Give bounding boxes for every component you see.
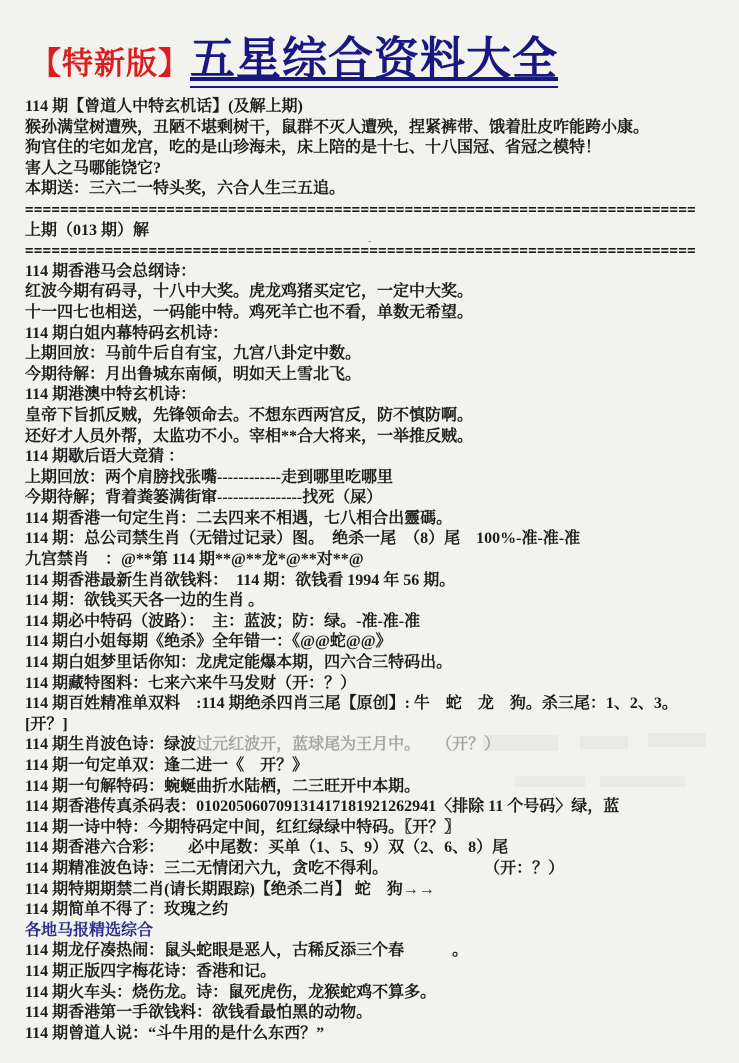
text-line: 114 期藏特图料：七来六来牛马发财（开：？） [25, 674, 735, 695]
text-line: [开？] [25, 715, 735, 736]
text-line: 114 期精准波色诗：三二无情闭六九，贪吃不得利。 （开：？） [25, 859, 735, 880]
text-line: 114 期简单不得了：玫瑰之约 [25, 900, 735, 921]
text-line: 114 期：总公司禁生肖（无错过记录）图。 绝杀一尾 （8）尾 100%-准-准… [25, 529, 735, 550]
text-line: 114 期曾道人说：“斗牛用的是什么东西？” [25, 1024, 735, 1045]
text-line: 猴孙满堂树遭殃，丑陋不堪剩树干，鼠群不灭人遭殃，捏紧裤带、饿着肚皮咋能跨小康。 [25, 118, 735, 139]
page-header: 【特新版】五星综合资料大全 [30, 22, 558, 87]
text-line: 十一四七也相送，一码能中特。鸡死羊亡也不看，单数无希望。 [25, 303, 735, 324]
text-line: 114 期必中特码（波路）： 主：蓝波；防：绿。-准-准-准 [25, 612, 735, 633]
page-title: 五星综合资料大全 [190, 34, 558, 88]
text-line: 114 期香港最新生肖欲钱料： 114 期：欲钱看 1994 年 56 期。 [25, 571, 735, 592]
text-line: 本期送：三六二一特头奖，六合人生三五追。 [25, 179, 735, 200]
text-line: 狗官住的宅如龙宫，吃的是山珍海未，床上陪的是十七、十八国冠、省冠之模特！ [25, 138, 735, 159]
text-line: 114 期香港一句定生肖：二去四来不相遇，七八相合出靈碼。 [25, 509, 735, 530]
faded-text-segment: （开？） [412, 736, 500, 753]
text-line: 上期（013 期）解 [25, 221, 735, 242]
text-line: 114 期一句解特码：蜿蜒曲折水陆栖，二三旺开中本期。 [25, 777, 735, 798]
text-line: 114 期香港传真杀码表：010205060709131417181921262… [25, 797, 735, 818]
document-lines: 114 期【曾道人中特玄机话】(及解上期)猴孙满堂树遭殃，丑陋不堪剩树干，鼠群不… [25, 97, 735, 1044]
edition-badge: 【特新版】 [30, 46, 190, 81]
separator-line: ========================================… [25, 200, 735, 221]
faded-text-segment: 过元红波开，蓝球尾为王月中。 [196, 736, 412, 753]
text-line: 114 期一诗中特：今期特码定中间，红红绿绿中特码。〖开？〗 [25, 818, 735, 839]
text-line: 114 期百姓精准单双料 :114 期绝杀四肖三尾【原创】: 牛 蛇 龙 狗。杀… [25, 694, 735, 715]
text-line: 今期待解：月出鲁城东南倾，明如天上雪北飞。 [25, 365, 735, 386]
text-line: 114 期正版四字梅花诗：香港和记。 [25, 962, 735, 983]
separator-line: ========================================… [25, 241, 735, 262]
stray-dot-artifact: · [366, 241, 374, 253]
text-line: 114 期香港六合彩： 必中尾数：买单（1、5、9）双（2、6、8）尾 [25, 838, 735, 859]
text-line: 114 期白姐内幕特码玄机诗： [25, 324, 735, 345]
text-line: 114 期港澳中特玄机诗： [25, 385, 735, 406]
text-line: 114 期特期期禁二肖(请长期跟踪)【绝杀二肖】 蛇 狗→→ [25, 880, 735, 901]
text-line: 114 期：欲钱买天各一边的生肖 。 [25, 591, 735, 612]
text-line: 害人之马哪能饶它? [25, 159, 735, 180]
text-line: 114 期白小姐每期《绝杀》全年错一：《@@蛇@@》 [25, 632, 735, 653]
text-line: 114 期一句定单双：逢二进一《 开？》 [25, 756, 735, 777]
text-line: 上期回放：马前牛后自有宝，九宫八卦定中数。 [25, 344, 735, 365]
text-line: 今期待解；背着粪篓满街窜----------------找死（屎） [25, 488, 735, 509]
document-page: { "header": { "badge": "【特新版】", "title":… [0, 0, 739, 1063]
text-line: 九宫禁肖 ：@**第 114 期**@**龙*@**对**@ [25, 550, 735, 571]
text-line: 114 期生肖波色诗：绿波过元红波开，蓝球尾为王月中。 （开？） [25, 735, 735, 756]
text-line: 114 期【曾道人中特玄机话】(及解上期) [25, 97, 735, 118]
text-line: 还好才人员外帮，太监功不小。宰相**合大将来，一举推反贼。 [25, 427, 735, 448]
text-line: 114 期香港第一手欲钱料：欲钱看最怕黑的动物。 [25, 1003, 735, 1024]
text-line: 皇帝下旨抓反贼，先锋领命去。不想东西两宫反，防不慎防啊。 [25, 406, 735, 427]
text-line: 114 期白姐梦里话你知：龙虎定能爆本期，四六合三特码出。 [25, 653, 735, 674]
section-heading: 各地马报精选综合 [25, 921, 735, 942]
text-line: 114 期歇后语大竞猜 ： [25, 447, 735, 468]
text-line: 红波今期有码寻，十八中大奖。虎龙鸡猪买定它，一定中大奖。 [25, 282, 735, 303]
text-line: 114 期龙仔凑热闹：鼠头蛇眼是恶人，古稀反添三个春 。 [25, 941, 735, 962]
text-line: 114 期火车头：烧伤龙。诗：鼠死虎伤，龙猴蛇鸡不算多。 [25, 983, 735, 1004]
text-line: 上期回放：两个肩膀找张嘴------------走到哪里吃哪里 [25, 468, 735, 489]
text-segment: 114 期生肖波色诗：绿波 [25, 736, 196, 753]
text-line: 114 期香港马会总纲诗： [25, 262, 735, 283]
